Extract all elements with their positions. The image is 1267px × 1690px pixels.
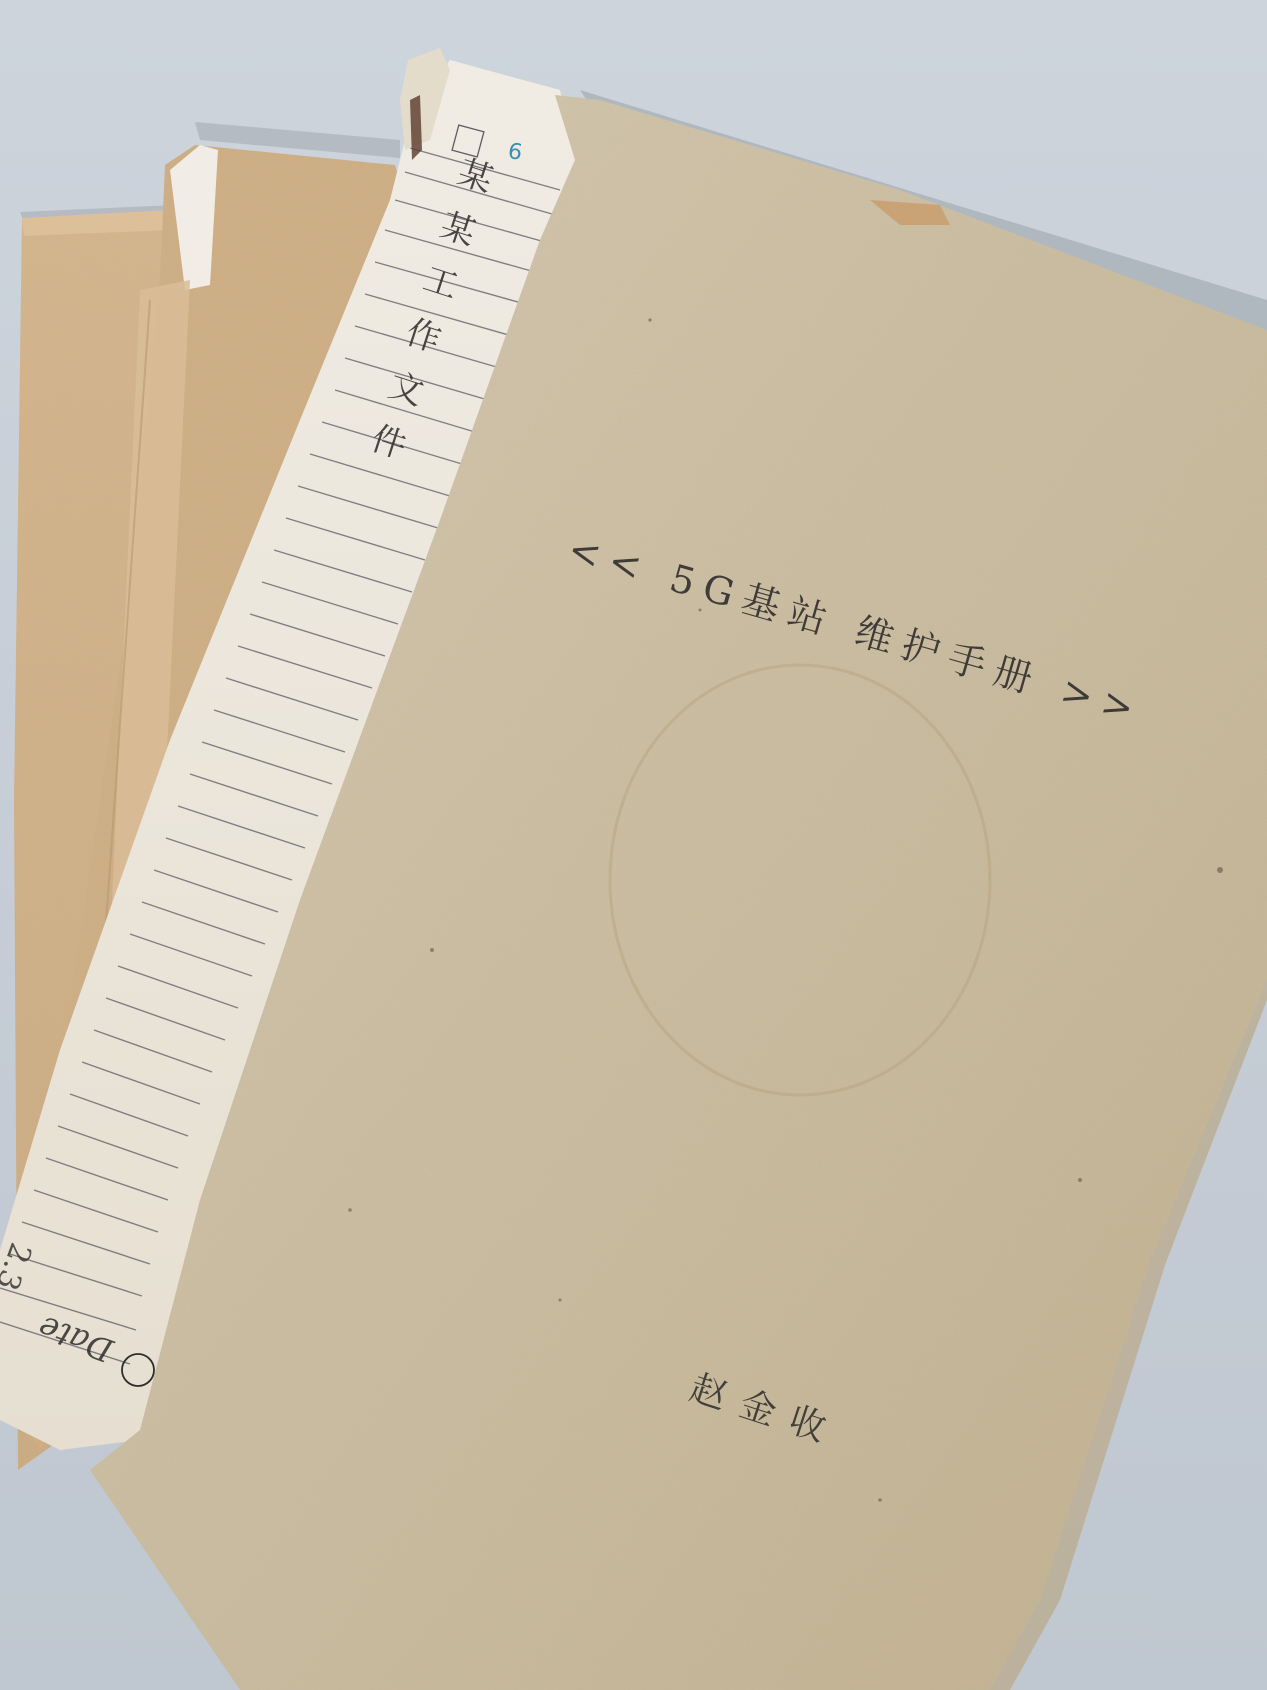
- notebook-stack-illustration: [0, 0, 1267, 1690]
- notebook-photo-scene: << 5G基站 维护手册 >> 赵金收 某某工作文件 6 Date 2.3: [0, 0, 1267, 1690]
